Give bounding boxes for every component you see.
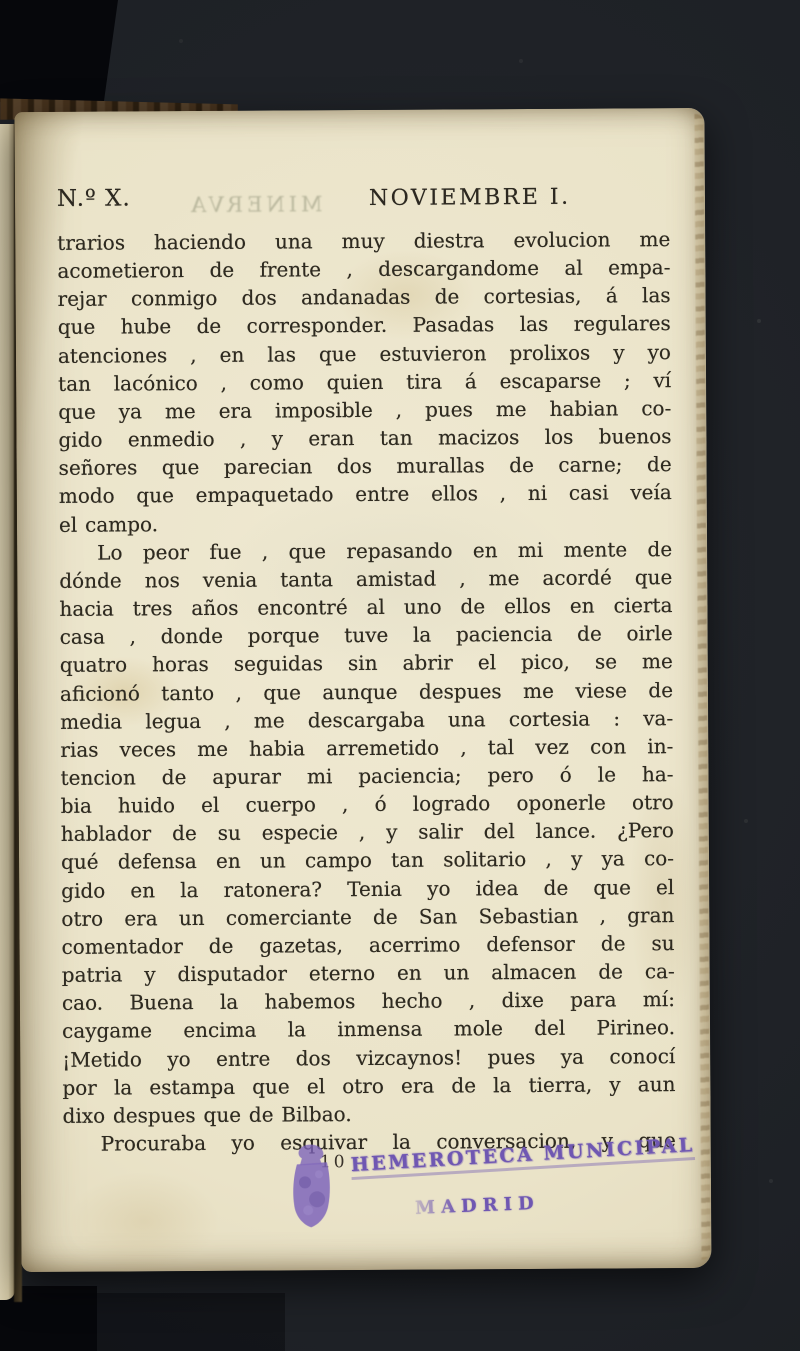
- book-page: N.º X. MINERVA NOVIEMBRE I. trarios haci…: [14, 108, 711, 1272]
- facing-page-edge: [0, 124, 15, 1300]
- text-line: rejar conmigo dos andanadas de cortesias…: [58, 281, 671, 313]
- text-line: tan lacónico , como quien tira á escapar…: [58, 366, 671, 398]
- text-line: que ya me era imposible , pues me habian…: [58, 394, 671, 426]
- text-line: tencion de apurar mi paciencia; pero ó l…: [60, 760, 673, 792]
- text-line: gido enmedio , y eran tan macizos los bu…: [58, 422, 671, 454]
- text-line: caygame encima la inmensa mole del Pirin…: [62, 1013, 675, 1045]
- text-line: media legua , me descargaba una cortesia…: [60, 704, 673, 736]
- page-deckle-edge: [694, 114, 710, 1260]
- text-line: trarios haciendo una muy diestra evoluci…: [57, 225, 670, 257]
- text-line: Lo peor fue , que repasando en mi mente …: [59, 535, 672, 567]
- text-line: patria y disputador eterno en un almacen…: [62, 957, 675, 989]
- backdrop-shadow-topleft: [0, 0, 118, 102]
- text-line: por la estampa que el otro era de la tie…: [62, 1070, 675, 1102]
- text-line: modo que empaquetado entre ellos , ni ca…: [59, 479, 672, 511]
- body-text: trarios haciendo una muy diestra evoluci…: [57, 225, 676, 1158]
- text-line: dixo despues que de Bilbao.: [63, 1098, 676, 1130]
- text-line: quatro horas seguidas sin abrir el pico,…: [60, 647, 673, 679]
- text-line: qué defensa en un campo tan solitario , …: [61, 845, 674, 877]
- text-line: que hube de corresponder. Pasadas las re…: [58, 310, 671, 342]
- backdrop-shadow-bottom: [0, 1293, 285, 1351]
- text-line: dónde nos venia tanta amistad , me acord…: [59, 563, 672, 595]
- text-line: acometieron de frente , descargandome al…: [57, 253, 670, 285]
- show-through-text: MINERVA: [187, 192, 323, 217]
- text-line: señores que parecian dos murallas de car…: [59, 450, 672, 482]
- text-line: hacia tres años encontré al uno de ellos…: [59, 591, 672, 623]
- dust-specks: [0, 0, 2, 2]
- text-line: otro era un comerciante de San Sebastian…: [61, 901, 674, 933]
- text-line: cao. Buena la habemos hecho , dixe para …: [62, 985, 675, 1017]
- library-stamp-city: MADRID: [415, 1193, 540, 1219]
- scan-backdrop: N.º X. MINERVA NOVIEMBRE I. trarios haci…: [0, 0, 800, 1351]
- text-line: hablador de su especie , y salir del lan…: [61, 816, 674, 848]
- text-line: atenciones , en las que estuvieron proli…: [58, 338, 671, 370]
- stamp-shield-icon: [283, 1144, 340, 1230]
- text-line: casa , donde porque tuve la paciencia de…: [60, 619, 673, 651]
- text-line: el campo.: [59, 507, 672, 539]
- text-line: aficionó tanto , que aunque despues me v…: [60, 676, 673, 708]
- text-line: gido en la ratonera? Tenia yo idea de qu…: [61, 873, 674, 905]
- paper-stain: [69, 1171, 220, 1272]
- date-heading: NOVIEMBRE I.: [369, 185, 571, 211]
- text-line: rias veces me habia arremetido , tal vez…: [60, 732, 673, 764]
- text-line: comentador de gazetas, acerrimo defensor…: [61, 929, 674, 961]
- issue-number: N.º X.: [57, 185, 131, 211]
- text-line: bia huido el cuerpo , ó logrado oponerle…: [61, 788, 674, 820]
- text-line: ¡Metido yo entre dos vizcaynos! pues ya …: [62, 1042, 675, 1074]
